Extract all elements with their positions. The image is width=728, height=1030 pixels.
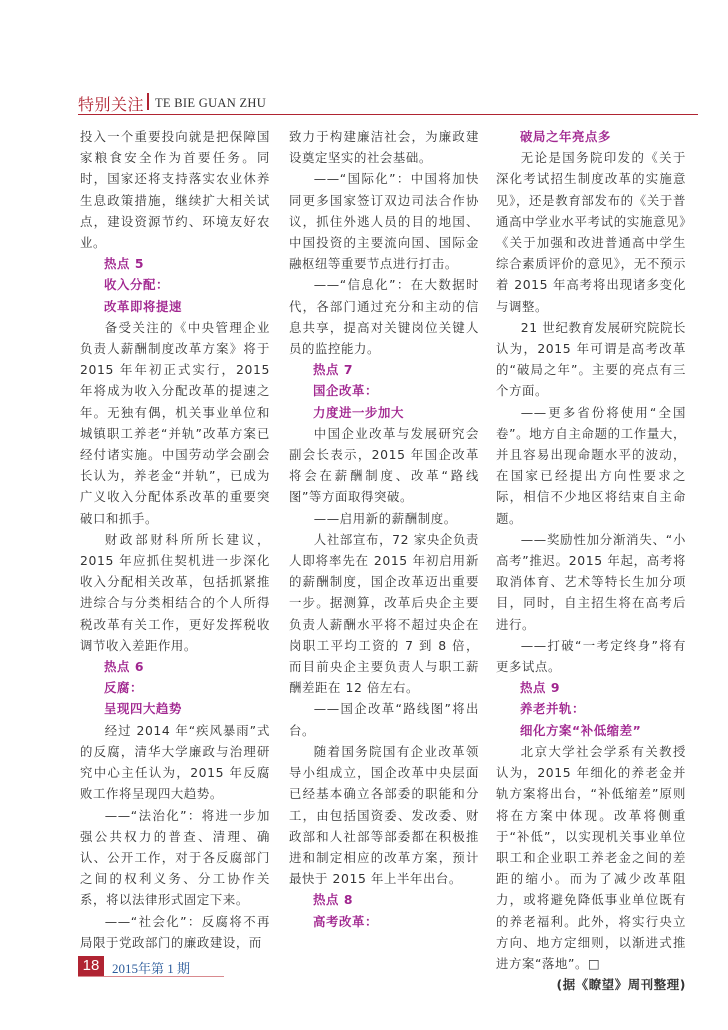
section-heading: 收入分配：	[80, 274, 270, 295]
section-heading: 热点 6	[80, 656, 270, 677]
section-heading: 力度进一步加大	[289, 402, 479, 423]
section-heading: 细化方案“补低缩差”	[496, 720, 686, 741]
paragraph: 投入一个重要投向就是把保障国家粮食安全作为首要任务。同时，国家还将支持落实农业休…	[80, 126, 270, 253]
section-heading: 国企改革：	[289, 380, 479, 401]
page-footer: 18 2015年第 1 期	[78, 956, 224, 977]
page-number: 18	[78, 956, 104, 976]
section-title-en: TE BIE GUAN ZHU	[155, 96, 266, 111]
issue-label: 2015年第 1 期	[112, 958, 190, 977]
paragraph: ——国企改革“路线图”将出台。	[289, 698, 479, 740]
section-title-cn: 特别关注	[78, 92, 144, 115]
section-heading: 热点 9	[496, 677, 686, 698]
paragraph: 致力于构建廉洁社会，为廉政建设奠定坚实的社会基础。	[289, 126, 479, 168]
header-divider	[147, 93, 149, 110]
paragraph: ——“信息化”：在大数据时代，各部门通过充分和主动的信息共享，提高对关键岗位关键…	[289, 274, 479, 359]
section-heading: 热点 8	[289, 889, 479, 910]
section-heading: 热点 5	[80, 253, 270, 274]
paragraph: ——奖励性加分渐消失、“小高考”推迟。2015 年起，高考将取消体育、艺术等特长…	[496, 529, 686, 635]
source-credit: (据《瞭望》周刊整理)	[496, 974, 686, 995]
paragraph: 备受关注的《中央管理企业负责人薪酬制度改革方案》将于 2015 年年初正式实行，…	[80, 317, 270, 529]
section-heading: 高考改革：	[289, 911, 479, 932]
section-heading: 热点 7	[289, 359, 479, 380]
paragraph: ——启用新的薪酬制度。	[289, 508, 479, 529]
paragraph: 北京大学社会学系有关教授认为，2015 年细化的养老金并轨方案将出台，“补低缩差…	[496, 741, 686, 974]
section-header: 特别关注 TE BIE GUAN ZHU	[78, 92, 698, 115]
paragraph: 无论是国务院印发的《关于深化考试招生制度改革的实施意见》，还是教育部发布的《关于…	[496, 147, 686, 317]
paragraph: 人社部宣布，72 家央企负责人即将率先在 2015 年初启用新的薪酬制度，国企改…	[289, 529, 479, 699]
paragraph: 21 世纪教育发展研究院院长认为，2015 年可谓是高考改革的“破局之年”。主要…	[496, 317, 686, 402]
paragraph: ——“社会化”：反腐将不再局限于党政部门的廉政建设，而	[80, 911, 270, 953]
article-column-2: 致力于构建廉洁社会，为廉政建设奠定坚实的社会基础。——“国际化”：中国将加快同更…	[289, 126, 479, 932]
section-heading: 养老并轨：	[496, 698, 686, 719]
paragraph: ——“法治化”：将进一步加强公共权力的普查、清理、确认、公开工作，对于各反腐部门…	[80, 805, 270, 911]
paragraph: 财政部财科所所长建议，2015 年应抓住契机进一步深化收入分配相关改革，包括抓紧…	[80, 529, 270, 656]
paragraph: ——更多省份将使用“全国卷”。地方自主命题的工作量大，并且容易出现命题水平的波动…	[496, 402, 686, 529]
section-heading: 反腐：	[80, 677, 270, 698]
paragraph: 中国企业改革与发展研究会副会长表示，2015 年国企改革将会在薪酬制度、改革“路…	[289, 423, 479, 508]
paragraph: 随着国务院国有企业改革领导小组成立，国企改革中央层面已经基本确立各部委的职能和分…	[289, 741, 479, 889]
article-column-3: 破局之年亮点多无论是国务院印发的《关于深化考试招生制度改革的实施意见》，还是教育…	[496, 126, 686, 995]
paragraph: ——“国际化”：中国将加快同更多国家签订双边司法合作协议，抓住外逃人员的目的地国…	[289, 168, 479, 274]
article-column-1: 投入一个重要投向就是把保障国家粮食安全作为首要任务。同时，国家还将支持落实农业休…	[80, 126, 270, 953]
paragraph: ——打破“一考定终身”将有更多试点。	[496, 635, 686, 677]
section-heading: 呈现四大趋势	[80, 698, 270, 719]
section-heading: 破局之年亮点多	[496, 126, 686, 147]
section-heading: 改革即将提速	[80, 296, 270, 317]
paragraph: 经过 2014 年“疾风暴雨”式的反腐，清华大学廉政与治理研究中心主任认为，20…	[80, 720, 270, 805]
